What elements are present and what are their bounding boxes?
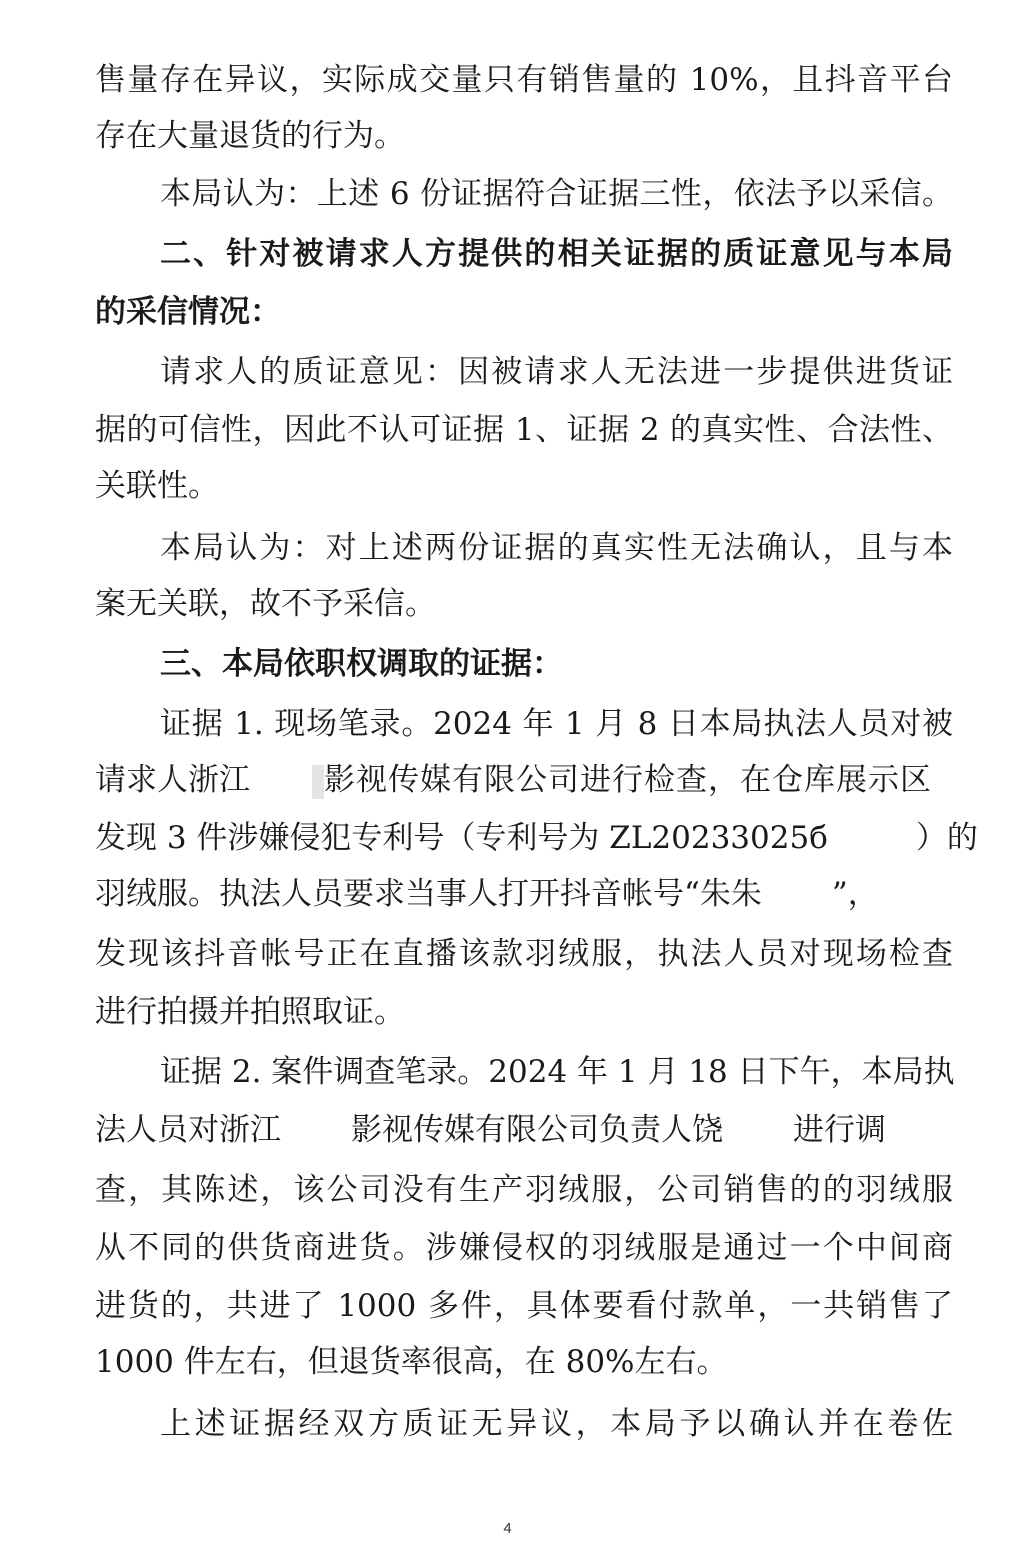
text-segment: ）的 bbox=[916, 820, 978, 856]
redaction-mark bbox=[312, 765, 324, 799]
text-segment: 进行调 bbox=[793, 1112, 886, 1148]
section-heading-2: 二、针对被请求人方提供的相关证据的质证意见与本局 bbox=[160, 226, 953, 282]
section-heading-3: 三、本局依职权调取的证据： bbox=[160, 636, 953, 692]
evidence-1-line: 证据 1. 现场笔录。2024 年 1 月 8 日本局执法人员对被 bbox=[160, 696, 953, 752]
paragraph-line: 进货的，共进了 1000 多件，具体要看付款单，一共销售了 bbox=[95, 1278, 953, 1334]
redaction-blank bbox=[281, 1115, 351, 1149]
paragraph-line: 案无关联，故不予采信。 bbox=[95, 576, 953, 632]
paragraph-line: 法人员对浙江影视传媒有限公司负责人饶进行调 bbox=[95, 1102, 953, 1158]
paragraph-line: 查，其陈述，该公司没有生产羽绒服，公司销售的的羽绒服 bbox=[95, 1162, 953, 1218]
section-heading-2-cont: 的采信情况： bbox=[95, 284, 953, 340]
text-segment: 发现 3 件涉嫌侵犯专利号（专利号为 ZL20233025б bbox=[95, 820, 828, 856]
paragraph-line: 1000 件左右，但退货率很高，在 80%左右。 bbox=[95, 1334, 953, 1390]
document-page: 售量存在异议，实际成交量只有销售量的 10%，且抖音平台 存在大量退货的行为。 … bbox=[0, 0, 1015, 1557]
paragraph-line: 进行拍摄并拍照取证。 bbox=[95, 984, 953, 1040]
text-segment: 羽绒服。执法人员要求当事人打开抖音帐号“朱朱 bbox=[95, 876, 762, 912]
paragraph-line: 发现该抖音帐号正在直播该款羽绒服，执法人员对现场检查 bbox=[95, 926, 953, 982]
redaction-blank bbox=[250, 765, 312, 799]
bureau-opinion-line: 本局认为：对上述两份证据的真实性无法确认，且与本 bbox=[160, 520, 953, 576]
evidence-2-line: 证据 2. 案件调查笔录。2024 年 1 月 18 日下午，本局执 bbox=[160, 1044, 953, 1100]
paragraph-line: 发现 3 件涉嫌侵犯专利号（专利号为 ZL20233025б）的 bbox=[95, 810, 953, 866]
redaction-blank bbox=[762, 879, 832, 913]
paragraph-line: 存在大量退货的行为。 bbox=[95, 108, 953, 164]
bureau-opinion-line: 本局认为：上述 6 份证据符合证据三性，依法予以采信。 bbox=[160, 166, 953, 222]
text-segment: 影视传媒有限公司进行检查，在仓库展示区 bbox=[324, 762, 932, 798]
text-segment: 法人员对浙江 bbox=[95, 1112, 281, 1148]
paragraph-line: 从不同的供货商进货。涉嫌侵权的羽绒服是通过一个中间商 bbox=[95, 1220, 953, 1276]
paragraph-line: 请求人浙江影视传媒有限公司进行检查，在仓库展示区 bbox=[95, 752, 953, 808]
redaction-blank bbox=[723, 1115, 793, 1149]
paragraph-line: 据的可信性，因此不认可证据 1、证据 2 的真实性、合法性、 bbox=[95, 402, 953, 458]
text-segment: ”， bbox=[832, 876, 879, 912]
paragraph-line: 羽绒服。执法人员要求当事人打开抖音帐号“朱朱”， bbox=[95, 866, 953, 922]
paragraph-line: 售量存在异议，实际成交量只有销售量的 10%，且抖音平台 bbox=[95, 52, 953, 108]
text-segment: 影视传媒有限公司负责人饶 bbox=[351, 1112, 723, 1148]
page-number: 4 bbox=[0, 1520, 1015, 1537]
conclusion-line: 上述证据经双方质证无异议，本局予以确认并在卷佐 bbox=[160, 1396, 953, 1452]
paragraph-line: 关联性。 bbox=[95, 458, 953, 514]
paragraph-line: 请求人的质证意见：因被请求人无法进一步提供进货证 bbox=[160, 344, 953, 400]
redaction-blank bbox=[828, 823, 916, 857]
text-segment: 请求人浙江 bbox=[95, 762, 250, 798]
